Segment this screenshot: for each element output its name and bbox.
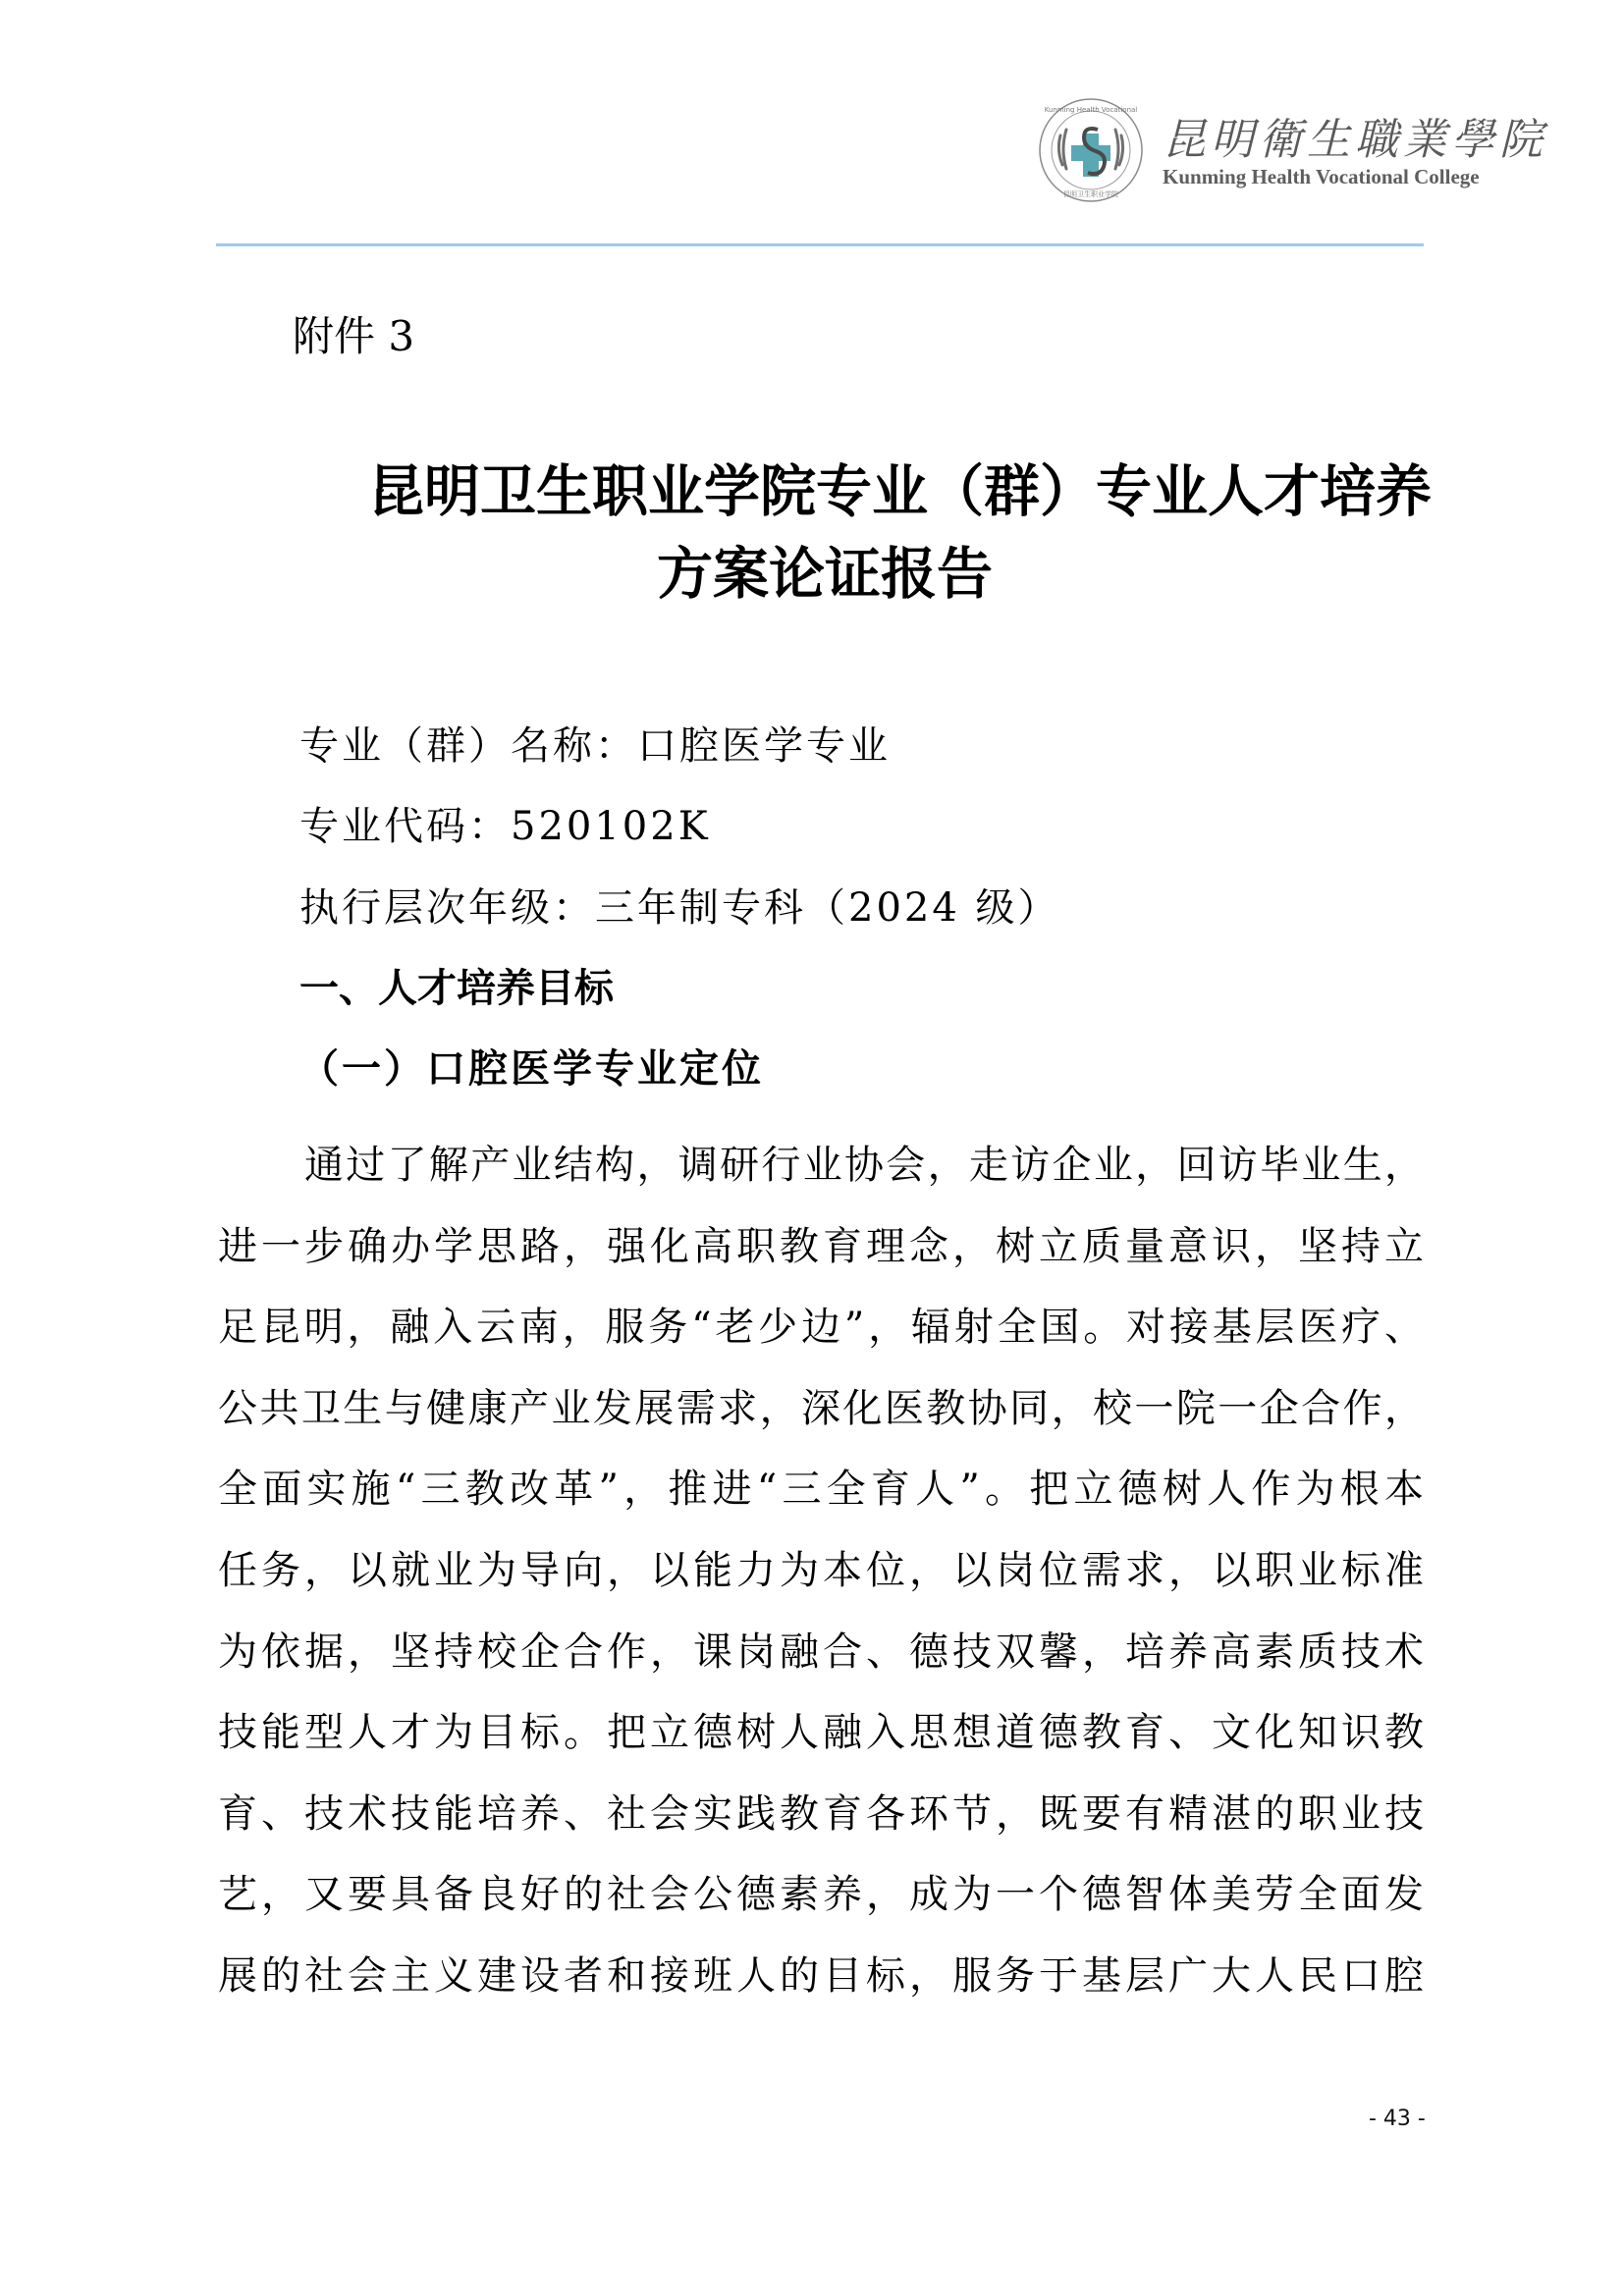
- paragraph-line: 公共卫生与健康产业发展需求，深化医教协同，校一院一企合作，: [218, 1368, 1424, 1450]
- svg-text:Kunming Health Vocational: Kunming Health Vocational: [1045, 106, 1138, 114]
- page-number: - 43 -: [1369, 2107, 1426, 2131]
- college-name-en: Kunming Health Vocational College: [1163, 165, 1480, 189]
- paragraph-line: 任务，以就业为导向，以能力为本位，以岗位需求，以职业标准: [218, 1530, 1424, 1612]
- info-major-name: 专业（群）名称：口腔医学专业: [299, 721, 891, 771]
- college-name-cn: 昆明衛生職業學院: [1163, 104, 1547, 167]
- college-logo: Kunming Health Vocational 昆明卫生职业学院 昆明衛生職…: [1037, 96, 1518, 206]
- paragraph-line: 育、技术技能培养、社会实践教育各环节，既要有精湛的职业技: [218, 1774, 1424, 1855]
- subsection-heading: （一）口腔医学专业定位: [299, 1044, 764, 1094]
- paragraph-line: 全面实施“三教改革”，推进“三全育人”。把立德树人作为根本: [218, 1449, 1424, 1530]
- college-emblem-icon: Kunming Health Vocational 昆明卫生职业学院: [1037, 96, 1145, 204]
- info-label: 专业代码：: [299, 804, 511, 849]
- paragraph-line: 展的社会主义建设者和接班人的目标，服务于基层广大人民口腔: [218, 1936, 1424, 2017]
- paragraph-line: 进一步确办学思路，强化高职教育理念，树立质量意识，坚持立: [218, 1206, 1424, 1288]
- header-divider: [216, 243, 1424, 246]
- attachment-label: 附件 3: [293, 312, 414, 361]
- paragraph-line: 艺，又要具备良好的社会公德素养，成为一个德智体美劳全面发: [218, 1854, 1424, 1936]
- info-level-grade: 执行层次年级：三年制专科（2024 级）: [299, 883, 1060, 933]
- info-value: 三年制专科（2024 级）: [595, 885, 1060, 931]
- info-label: 执行层次年级：: [299, 885, 595, 931]
- info-value: 520102K: [511, 804, 711, 849]
- document-title-line-1: 昆明卫生职业学院专业（群）专业人才培养: [216, 457, 1432, 526]
- info-major-code: 专业代码：520102K: [299, 802, 711, 851]
- section-heading: 一、人才培养目标: [299, 964, 614, 1013]
- info-value: 口腔医学专业: [637, 723, 891, 769]
- document-title-line-2: 方案论证报告: [216, 540, 1434, 609]
- paragraph-line: 足昆明，融入云南，服务“老少边”，辐射全国。对接基层医疗、: [218, 1287, 1424, 1368]
- info-label: 专业（群）名称：: [299, 723, 637, 769]
- paragraph-line: 技能型人才为目标。把立德树人融入思想道德教育、文化知识教: [218, 1692, 1424, 1774]
- paragraph-line: 为依据，坚持校企合作，课岗融合、德技双馨，培养高素质技术: [218, 1612, 1424, 1693]
- body-paragraph: 通过了解产业结构，调研行业协会，走访企业，回访毕业生， 进一步确办学思路，强化高…: [218, 1125, 1424, 2017]
- svg-text:昆明卫生职业学院: 昆明卫生职业学院: [1063, 189, 1118, 198]
- paragraph-line: 通过了解产业结构，调研行业协会，走访企业，回访毕业生，: [218, 1125, 1424, 1206]
